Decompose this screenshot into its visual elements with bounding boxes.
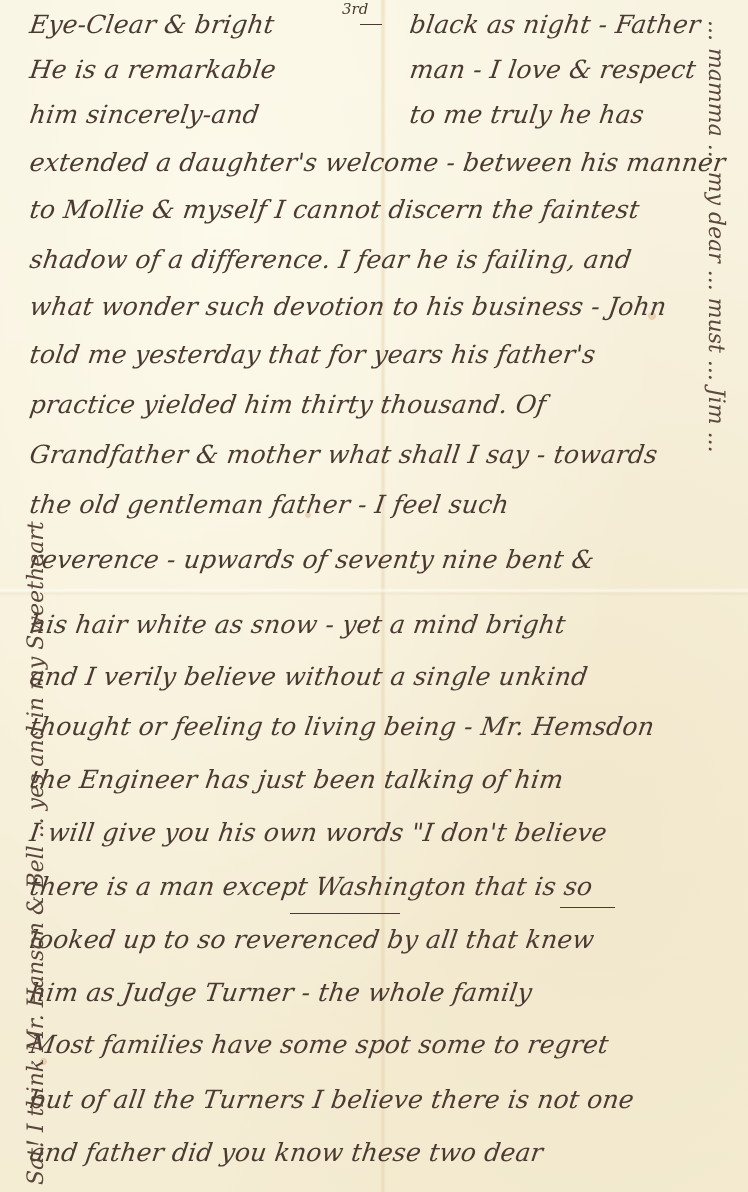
header-right-line-3: to me truly he has — [408, 100, 646, 129]
underline-except — [290, 913, 400, 914]
vertical-fold-crease — [380, 0, 386, 1192]
header-left-line-3: him sincerely-and — [28, 100, 261, 129]
crosswritten-left-margin: Sat! I think Mr. Hanson & Bell ... yes a… — [24, 521, 49, 1185]
body-line: what wonder such devotion to his busines… — [28, 292, 668, 321]
body-line: and I verily believe without a single un… — [28, 662, 590, 691]
body-line: Grandfather & mother what shall I say - … — [28, 440, 660, 469]
crosswritten-right-margin: ... mamma ... my dear ... must ... Jim .… — [703, 20, 728, 453]
body-line: but of all the Turners I believe there i… — [28, 1085, 636, 1114]
body-line: there is a man except Washington that is… — [28, 872, 595, 901]
page-marker: 3rd — [342, 0, 368, 18]
letter-page: 3rd Eye-Clear & bright black as night - … — [0, 0, 748, 1192]
body-line: him as Judge Turner - the whole family — [28, 978, 534, 1007]
page-marker-underline — [360, 24, 382, 25]
body-line: thought or feeling to living being - Mr.… — [28, 712, 656, 741]
horizontal-fold-crease — [0, 588, 748, 596]
body-line: I will give you his own words "I don't b… — [28, 818, 609, 847]
body-line: Most families have some spot some to reg… — [28, 1030, 611, 1059]
underline-is — [560, 907, 615, 908]
body-line: the Engineer has just been talking of hi… — [28, 765, 565, 794]
body-line: to Mollie & myself I cannot discern the … — [28, 195, 641, 224]
body-line: the old gentleman father - I feel such — [28, 490, 511, 519]
body-line: and father did you know these two dear — [28, 1138, 545, 1167]
header-right-line-2: man - I love & respect — [408, 55, 698, 84]
body-line: extended a daughter's welcome - between … — [28, 148, 727, 177]
header-left-line-1: Eye-Clear & bright — [28, 10, 276, 39]
body-line: looked up to so reverenced by all that k… — [28, 925, 596, 954]
body-line: his hair white as snow - yet a mind brig… — [28, 610, 568, 639]
body-line: practice yielded him thirty thousand. Of — [28, 390, 548, 419]
body-line: reverence - upwards of seventy nine bent… — [28, 545, 596, 574]
body-line: shadow of a difference. I fear he is fai… — [28, 245, 633, 274]
body-line: told me yesterday that for years his fat… — [28, 340, 598, 369]
header-left-line-2: He is a remarkable — [28, 55, 278, 84]
header-right-line-1: black as night - Father — [408, 10, 702, 39]
